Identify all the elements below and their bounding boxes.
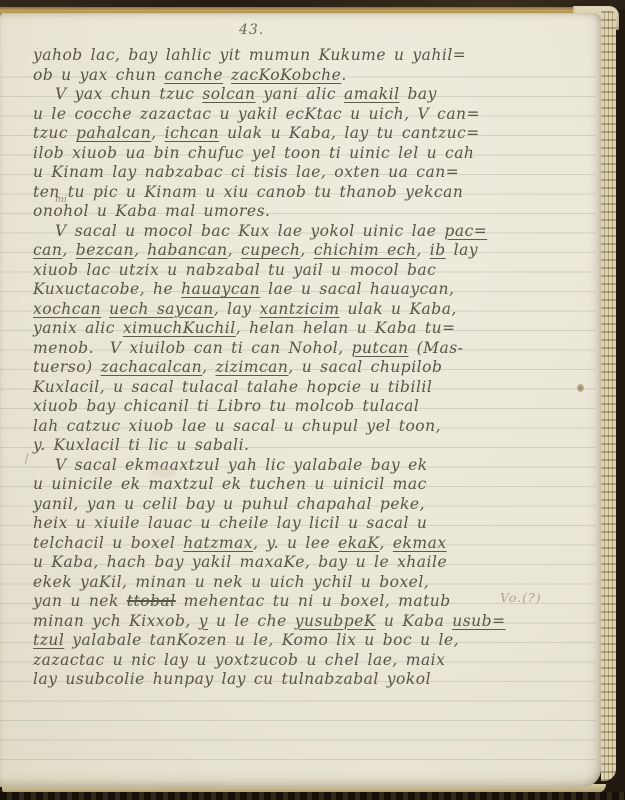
manuscript-line: y. Kuxlacil ti lic u sabali.	[33, 436, 581, 456]
handwriting-segment: lay usubcolie hunpay lay cu tulnabzabal …	[33, 670, 431, 688]
handwriting-segment: onohol u Kaba mal umores.	[33, 202, 270, 220]
handwriting-segment	[223, 66, 231, 84]
handwriting-segment: bay	[400, 85, 437, 103]
handwriting-segment: yahob lac, bay lahlic yit mumun Kukume u…	[33, 46, 466, 64]
handwriting-segment: Kuxuctacobe, he	[33, 280, 181, 298]
manuscript-line: yanix alic ximuchKuchil, helan helan u K…	[33, 319, 581, 339]
handwriting-segment: ilob xiuob ua bin chufuc yel toon ti uin…	[33, 144, 474, 162]
handwriting-segment: u uinicile ek maxtzul ek tuchen u uinici…	[33, 475, 427, 493]
manuscript-line: ten tu pic u Kinam u xiu canob tu thanob…	[33, 183, 581, 203]
handwriting-segment: ,	[380, 534, 393, 552]
underlined-term: putcan	[352, 339, 409, 357]
manuscript-line: lah catzuc xiuob lae u sacal u chupul ye…	[33, 417, 581, 437]
underlined-term: y	[199, 612, 208, 630]
underlined-term: pac=	[444, 222, 487, 240]
underlined-term: solcan	[202, 85, 255, 103]
underlined-term: yusubpeK	[295, 612, 376, 630]
manuscript-line: u uinicile ek maxtzul ek tuchen u uinici…	[33, 475, 581, 495]
manuscript-line: ekek yaKil, minan u nek u uich ychil u b…	[33, 573, 581, 593]
handwriting-segment: ,	[151, 124, 164, 142]
underlined-term: cupech	[241, 241, 300, 259]
manuscript-line: zazactac u nic lay u yoxtzucob u chel la…	[33, 651, 581, 671]
handwriting-segment: tuerso)	[33, 358, 101, 376]
handwriting-segment: yan u nek	[33, 592, 127, 610]
handwriting-segment: heix u xiuile lauac u cheile lay licil u…	[33, 514, 427, 532]
manuscript-line: V sacal ekmaaxtzul yah lic yalabale bay …	[33, 456, 581, 476]
manuscript-line: u Kinam lay nabzabac ci tisis lae, oxten…	[33, 163, 581, 183]
handwriting-segment: menob. V xiuilob can ti can Nohol,	[33, 339, 352, 357]
handwriting-segment: xiuob bay chicanil ti Libro tu molcob tu…	[33, 397, 419, 415]
struck-word: ttobal	[127, 592, 176, 610]
manuscript-line: yan u nek ttobal mehentac tu ni u boxel,…	[33, 592, 581, 612]
handwriting-segment: ,	[134, 241, 147, 259]
underlined-term: tzul	[33, 631, 64, 649]
handwritten-text-block: yahob lac, bay lahlic yit mumun Kukume u…	[33, 46, 581, 690]
manuscript-line: ilob xiuob ua bin chufuc yel toon ti uin…	[33, 144, 581, 164]
manuscript-line: minan ych Kixxob, y u le che yusubpeK u …	[33, 612, 581, 632]
underlined-term: ichcan	[165, 124, 220, 142]
handwriting-segment: ,	[62, 241, 75, 259]
underlined-term: ib	[430, 241, 446, 259]
underlined-term: hatzmax	[183, 534, 253, 552]
manuscript-line: tuerso) zachacalcan, zizimcan, u sacal c…	[33, 358, 581, 378]
handwriting-segment: ,	[416, 241, 429, 259]
handwriting-segment: , helan helan u Kaba tu=	[236, 319, 456, 337]
book-photo: 43. yahob lac, bay lahlic yit mumun Kuku…	[0, 0, 625, 800]
manuscript-line: xiuob bay chicanil ti Libro tu molcob tu…	[33, 397, 581, 417]
handwriting-segment: ekek yaKil, minan u nek u uich ychil u b…	[33, 573, 429, 591]
manuscript-line: ob u yax chun canche zacKoKobche.	[33, 66, 581, 86]
handwriting-segment: V sacal ekmaaxtzul yah lic yalabale bay …	[55, 456, 428, 474]
manuscript-line: xiuob lac utzix u nabzabal tu yail u moc…	[33, 261, 581, 281]
handwriting-segment: (Mas-	[409, 339, 464, 357]
manuscript-line: V sacal u mocol bac Kux lae yokol uinic …	[33, 222, 581, 242]
underlined-term: pahalcan	[76, 124, 151, 142]
manuscript-line: yanil, yan u celil bay u puhul chapahal …	[33, 495, 581, 515]
handwriting-segment	[101, 300, 109, 318]
handwriting-segment: ,	[300, 241, 313, 259]
handwriting-segment: telchacil u boxel	[33, 534, 183, 552]
interlinear-note: mi	[55, 194, 67, 205]
handwriting-segment: ob u yax chun	[33, 66, 164, 84]
underlined-term: uech saycan	[109, 300, 214, 318]
manuscript-line: V yax chun tzuc solcan yani alic amakil …	[33, 85, 581, 105]
handwriting-segment: yanix alic	[33, 319, 123, 337]
handwriting-segment: mehentac tu ni u boxel, matub	[176, 592, 451, 610]
page-edges-right	[601, 11, 616, 781]
underlined-term: ekaK	[338, 534, 379, 552]
manuscript-line: telchacil u boxel hatzmax, y. u lee ekaK…	[33, 534, 581, 554]
page-number: 43.	[239, 22, 264, 38]
handwriting-segment: zazactac u nic lay u yoxtzucob u chel la…	[33, 651, 445, 669]
underlined-term: amakil	[344, 85, 400, 103]
underlined-term: canche	[164, 66, 223, 84]
handwriting-segment: u Kinam lay nabzabac ci tisis lae, oxten…	[33, 163, 459, 181]
handwriting-segment: y. Kuxlacil ti lic u sabali.	[33, 436, 249, 454]
underlined-term: xantzicim	[259, 300, 339, 318]
manuscript-line: Kuxlacil, u sacal tulacal talahe hopcie …	[33, 378, 581, 398]
manuscript-line: Kuxuctacobe, he hauaycan lae u sacal hau…	[33, 280, 581, 300]
manuscript-line: yahob lac, bay lahlic yit mumun Kukume u…	[33, 46, 581, 66]
handwriting-segment: ulak u Kaba,	[340, 300, 457, 318]
notebook-page: 43. yahob lac, bay lahlic yit mumun Kuku…	[0, 13, 601, 787]
manuscript-line: u le cocche zazactac u yakil ecKtac u ui…	[33, 105, 581, 125]
handwriting-segment: tzuc	[33, 124, 76, 142]
manuscript-line: lay usubcolie hunpay lay cu tulnabzabal …	[33, 670, 581, 690]
handwriting-segment: , lay	[214, 300, 260, 318]
manuscript-line: onohol u Kaba mal umores.	[33, 202, 581, 222]
underlined-term: ekmax	[393, 534, 447, 552]
handwriting-segment: yalabale tanKozen u le, Komo lix u boc u…	[64, 631, 459, 649]
handwriting-segment: V sacal u mocol bac Kux lae yokol uinic …	[55, 222, 444, 240]
handwriting-segment: lae u sacal hauaycan,	[260, 280, 454, 298]
handwriting-segment: minan ych Kixxob,	[33, 612, 199, 630]
manuscript-line: tzuc pahalcan, ichcan ulak u Kaba, lay t…	[33, 124, 581, 144]
underlined-term: zacKoKobche	[231, 66, 341, 84]
underlined-term: bezcan	[76, 241, 134, 259]
handwriting-segment: ulak u Kaba, lay tu cantzuc=	[219, 124, 480, 142]
handwriting-segment: V yax chun tzuc	[55, 85, 202, 103]
manuscript-line: xochcan uech saycan, lay xantzicim ulak …	[33, 300, 581, 320]
manuscript-line: menob. V xiuilob can ti can Nohol, putca…	[33, 339, 581, 359]
handwriting-segment: u Kaba, hach bay yakil maxaKe, bay u le …	[33, 553, 447, 571]
handwriting-segment: yani alic	[255, 85, 344, 103]
handwriting-segment: u Kaba	[376, 612, 452, 630]
manuscript-line: u Kaba, hach bay yakil maxaKe, bay u le …	[33, 553, 581, 573]
handwriting-segment: lah catzuc xiuob lae u sacal u chupul ye…	[33, 417, 441, 435]
underlined-term: can	[33, 241, 62, 259]
handwriting-segment: .	[341, 66, 346, 84]
handwriting-segment: yanil, yan u celil bay u puhul chapahal …	[33, 495, 425, 513]
underlined-term: zachacalcan	[101, 358, 203, 376]
manuscript-line: heix u xiuile lauac u cheile lay licil u…	[33, 514, 581, 534]
underlined-term: usub=	[452, 612, 505, 630]
manuscript-line: tzul yalabale tanKozen u le, Komo lix u …	[33, 631, 581, 651]
handwriting-segment: ten tu pic u Kinam u xiu canob tu thanob…	[33, 183, 463, 201]
underlined-term: habancan	[147, 241, 227, 259]
underlined-term: zizimcan	[216, 358, 289, 376]
handwriting-segment: Kuxlacil, u sacal tulacal talahe hopcie …	[33, 378, 432, 396]
margin-note: Vo.(?)	[500, 590, 542, 605]
underlined-term: xochcan	[33, 300, 101, 318]
handwriting-segment: xiuob lac utzix u nabzabal tu yail u moc…	[33, 261, 436, 279]
manuscript-line: can, bezcan, habancan, cupech, chichim e…	[33, 241, 581, 261]
handwriting-segment: , y. u lee	[253, 534, 338, 552]
paper-stain	[577, 384, 584, 392]
underlined-term: hauaycan	[181, 280, 260, 298]
underlined-term: chichim ech	[314, 241, 417, 259]
handwriting-segment: ,	[202, 358, 215, 376]
underlined-term: ximuchKuchil	[123, 319, 236, 337]
handwriting-segment: , u sacal chupilob	[288, 358, 442, 376]
paper-smudge	[150, 468, 176, 478]
handwriting-segment: u le cocche zazactac u yakil ecKtac u ui…	[33, 105, 480, 123]
handwriting-segment: u le che	[208, 612, 295, 630]
handwriting-segment: ,	[228, 241, 241, 259]
handwriting-segment: lay	[446, 241, 478, 259]
book-cover-bottom-edge	[0, 792, 625, 800]
